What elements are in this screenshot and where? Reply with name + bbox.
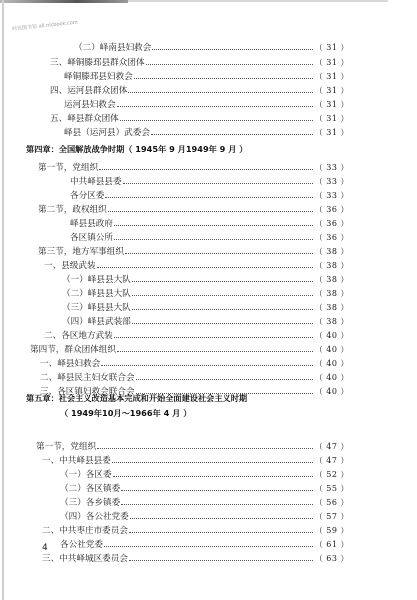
toc-entry-label: （四）峄县武装部	[62, 315, 132, 327]
toc-entry-page: （ 52 ）	[315, 469, 349, 480]
toc-entry-label: 峄县县政府	[70, 217, 114, 229]
dot-leader	[99, 169, 313, 170]
toc-entry-page: （ 59 ）	[315, 525, 349, 536]
toc-entry: 二、各区地方武装（ 40 ）	[44, 329, 349, 341]
toc-entry-page: （ 31 ）	[315, 127, 349, 138]
toc-entry-page: （ 56 ）	[315, 497, 349, 508]
toc-entry: 二、中共枣庄市委员会（ 59 ）	[42, 524, 349, 536]
dot-leader	[101, 365, 313, 366]
toc-entry-page: （ 61 ）	[315, 539, 349, 550]
toc-entry: 各公社党委（ 61 ）	[60, 538, 349, 550]
dot-leader	[105, 197, 312, 198]
scan-left-edge	[2, 0, 4, 600]
toc-entry: 第四节，群众团体组织（ 40 ）	[30, 343, 349, 355]
dot-leader	[128, 92, 312, 93]
toc-entry-label: 二、各区地方武装	[44, 329, 114, 341]
toc-entry: （三）峄县县大队（ 38 ）	[62, 301, 349, 313]
dot-leader	[129, 560, 313, 561]
dot-leader	[97, 448, 313, 449]
toc-entry-page: （ 36 ）	[315, 218, 349, 229]
toc-entry-page: （ 38 ）	[315, 316, 349, 327]
chapter-heading: 第四章：全国解放战争时期（ 1945年 9 月1949年 9 月 ）	[26, 144, 247, 155]
toc-entry: （四）各公社党委（ 57 ）	[60, 510, 349, 522]
toc-entry-label: 运河县妇救会	[64, 98, 117, 110]
toc-entry-label: 三、峄铜滕邳县群众团体	[50, 56, 146, 68]
toc-entry-page: （ 31 ）	[315, 99, 349, 110]
toc-entry: 第一节，党组织（ 47 ）	[36, 440, 349, 452]
scan-top-border	[0, 0, 128, 3]
toc-entry-label: 第二节，政权组织	[38, 203, 108, 215]
toc-entry: 峄县（运河县）武委会（ 31 ）	[64, 126, 349, 138]
toc-entry-page: （ 38 ）	[315, 246, 349, 257]
toc-entry: 一、峄县妇救会（ 40 ）	[40, 357, 349, 369]
watermark: 时光图书馆 all.nlcbook.com	[12, 19, 78, 33]
toc-entry-label: （四）各公社党委	[60, 510, 130, 522]
toc-entry: 峄铜滕邳县妇救会（ 31 ）	[64, 70, 349, 82]
dot-leader	[132, 281, 313, 282]
toc-entry-label: 各公社党委	[60, 538, 104, 550]
toc-entry: 五、峄县群众团体（ 31 ）	[50, 112, 349, 124]
toc-entry-page: （ 40 ）	[315, 386, 349, 397]
toc-entry: 一、中共峄县县委（ 47 ）	[42, 454, 349, 466]
toc-entry: 三、峄铜滕邳县群众团体（ 31 ）	[50, 56, 349, 68]
toc-entry-page: （ 40 ）	[315, 358, 349, 369]
toc-entry-label: （二）各区镇委	[60, 482, 121, 494]
toc-entry-page: （ 40 ）	[315, 344, 349, 355]
toc-entry-label: 第一节，党组织	[38, 161, 99, 173]
toc-entry-page: （ 31 ）	[315, 71, 349, 82]
toc-entry-page: （ 40 ）	[315, 372, 349, 383]
dot-leader	[125, 253, 313, 254]
toc-entry: 第一节，党组织（ 33 ）	[38, 161, 349, 173]
toc-entry: 四、运河县群众团体（ 31 ）	[50, 84, 349, 96]
dot-leader	[151, 134, 313, 135]
dot-leader	[132, 323, 313, 324]
dot-leader	[117, 106, 313, 107]
toc-entry: （一）各区委（ 52 ）	[60, 468, 349, 480]
toc-entry: （二）峄县县大队（ 38 ）	[62, 287, 349, 299]
toc-entry-page: （ 31 ）	[315, 113, 349, 124]
toc-entry-label: 峄县（运河县）武委会	[64, 126, 151, 138]
chapter-heading: （ 1949年10月～1966年 4 月 ）	[60, 408, 191, 419]
toc-entry-label: （二）峄县县大队	[62, 287, 132, 299]
toc-entry-page: （ 47 ）	[315, 455, 349, 466]
dot-leader	[146, 64, 313, 65]
dot-leader	[152, 49, 312, 50]
toc-entry-label: （一）峄县县大队	[62, 273, 132, 285]
toc-entry-label: 各区镇公所	[70, 231, 114, 243]
dot-leader	[112, 462, 313, 463]
toc-entry-label: （三）峄县县大队	[62, 301, 132, 313]
toc-entry-label: 三、中共峄城区委员会	[42, 552, 129, 564]
toc-entry-page: （ 38 ）	[315, 302, 349, 313]
toc-entry-page: （ 36 ）	[315, 232, 349, 243]
toc-entry-label: 四、运河县群众团体	[50, 84, 128, 96]
toc-entry-page: （ 55 ）	[315, 483, 349, 494]
dot-leader	[120, 120, 313, 121]
toc-entry: （二）各区镇委（ 55 ）	[60, 482, 349, 494]
toc-entry: （四）峄县武装部（ 38 ）	[62, 315, 349, 327]
toc-entry-label: 二、峄县民主妇女联合会	[40, 371, 136, 383]
toc-entry-page: （ 57 ）	[315, 511, 349, 522]
toc-entry-label: （三）各乡镇委	[60, 496, 121, 508]
dot-leader	[132, 309, 313, 310]
toc-entry: （三）各乡镇委（ 56 ）	[60, 496, 349, 508]
dot-leader	[108, 211, 313, 212]
dot-leader	[123, 183, 313, 184]
toc-entry-page: （ 38 ）	[315, 274, 349, 285]
dot-leader	[117, 351, 313, 352]
toc-entry-page: （ 33 ）	[315, 162, 349, 173]
toc-entry: 第二节，政权组织（ 36 ）	[38, 203, 349, 215]
scan-top-border-light	[128, 0, 388, 2]
toc-entry: 峄县县政府（ 36 ）	[70, 217, 349, 229]
toc-entry: 三、中共峄城区委员会（ 63 ）	[42, 552, 349, 564]
toc-entry-page: （ 36 ）	[315, 204, 349, 215]
dot-leader	[113, 476, 313, 477]
dot-leader	[130, 518, 313, 519]
dot-leader	[134, 78, 313, 79]
toc-entry-label: 二、中共枣庄市委员会	[42, 524, 129, 536]
toc-entry-page: （ 40 ）	[315, 330, 349, 341]
dot-leader	[104, 546, 313, 547]
toc-entry-label: 中共峄县县委	[70, 175, 123, 187]
toc-entry-page: （ 33 ）	[315, 176, 349, 187]
toc-entry: （一）峄县县大队（ 38 ）	[62, 273, 349, 285]
toc-entry-label: （二）峄南县妇救会	[74, 41, 152, 53]
toc-entry: 中共峄县县委（ 33 ）	[70, 175, 349, 187]
toc-entry-page: （ 31 ）	[315, 57, 349, 68]
toc-entry: 各区镇公所（ 36 ）	[70, 231, 349, 243]
toc-entry-label: 第三节，地方军事组织	[38, 245, 125, 257]
dot-leader	[97, 267, 313, 268]
toc-entry-label: 一、峄县妇救会	[40, 357, 101, 369]
toc-entry-page: （ 38 ）	[315, 260, 349, 271]
toc-entry: 各分区委（ 33 ）	[70, 189, 349, 201]
dot-leader	[136, 379, 313, 380]
chapter-heading: 第五章：社会主义改造基本完成和开始全面建设社会主义时期	[26, 393, 247, 404]
toc-entry: （二）峄南县妇救会（ 31 ）	[74, 41, 349, 53]
toc-entry-label: （一）各区委	[60, 468, 113, 480]
toc-entry-label: 一、县级武装	[44, 259, 97, 271]
toc-entry-label: 一、中共峄县县委	[42, 454, 112, 466]
dot-leader	[114, 225, 313, 226]
dot-leader	[121, 490, 313, 491]
toc-entry-page: （ 31 ）	[315, 42, 349, 53]
toc-entry-page: （ 33 ）	[315, 190, 349, 201]
toc-entry-page: （ 38 ）	[315, 288, 349, 299]
dot-leader	[129, 532, 313, 533]
toc-entry: 运河县妇救会（ 31 ）	[64, 98, 349, 110]
toc-entry-label: 第一节，党组织	[36, 440, 97, 452]
toc-entry-page: （ 31 ）	[315, 85, 349, 96]
dot-leader	[121, 504, 313, 505]
toc-entry: 二、峄县民主妇女联合会（ 40 ）	[40, 371, 349, 383]
toc-entry: 第三节，地方军事组织（ 38 ）	[38, 245, 349, 257]
toc-entry-label: 五、峄县群众团体	[50, 112, 120, 124]
toc-entry-label: 各分区委	[70, 189, 105, 201]
toc-entry-page: （ 63 ）	[315, 553, 349, 564]
toc-entry: 一、县级武装（ 38 ）	[44, 259, 349, 271]
dot-leader	[132, 295, 313, 296]
toc-entry-label: 峄铜滕邳县妇救会	[64, 70, 134, 82]
page-number: 4	[42, 543, 48, 553]
toc-entry-page: （ 47 ）	[315, 441, 349, 452]
dot-leader	[114, 337, 313, 338]
dot-leader	[114, 239, 313, 240]
toc-entry-label: 第四节，群众团体组织	[30, 343, 117, 355]
